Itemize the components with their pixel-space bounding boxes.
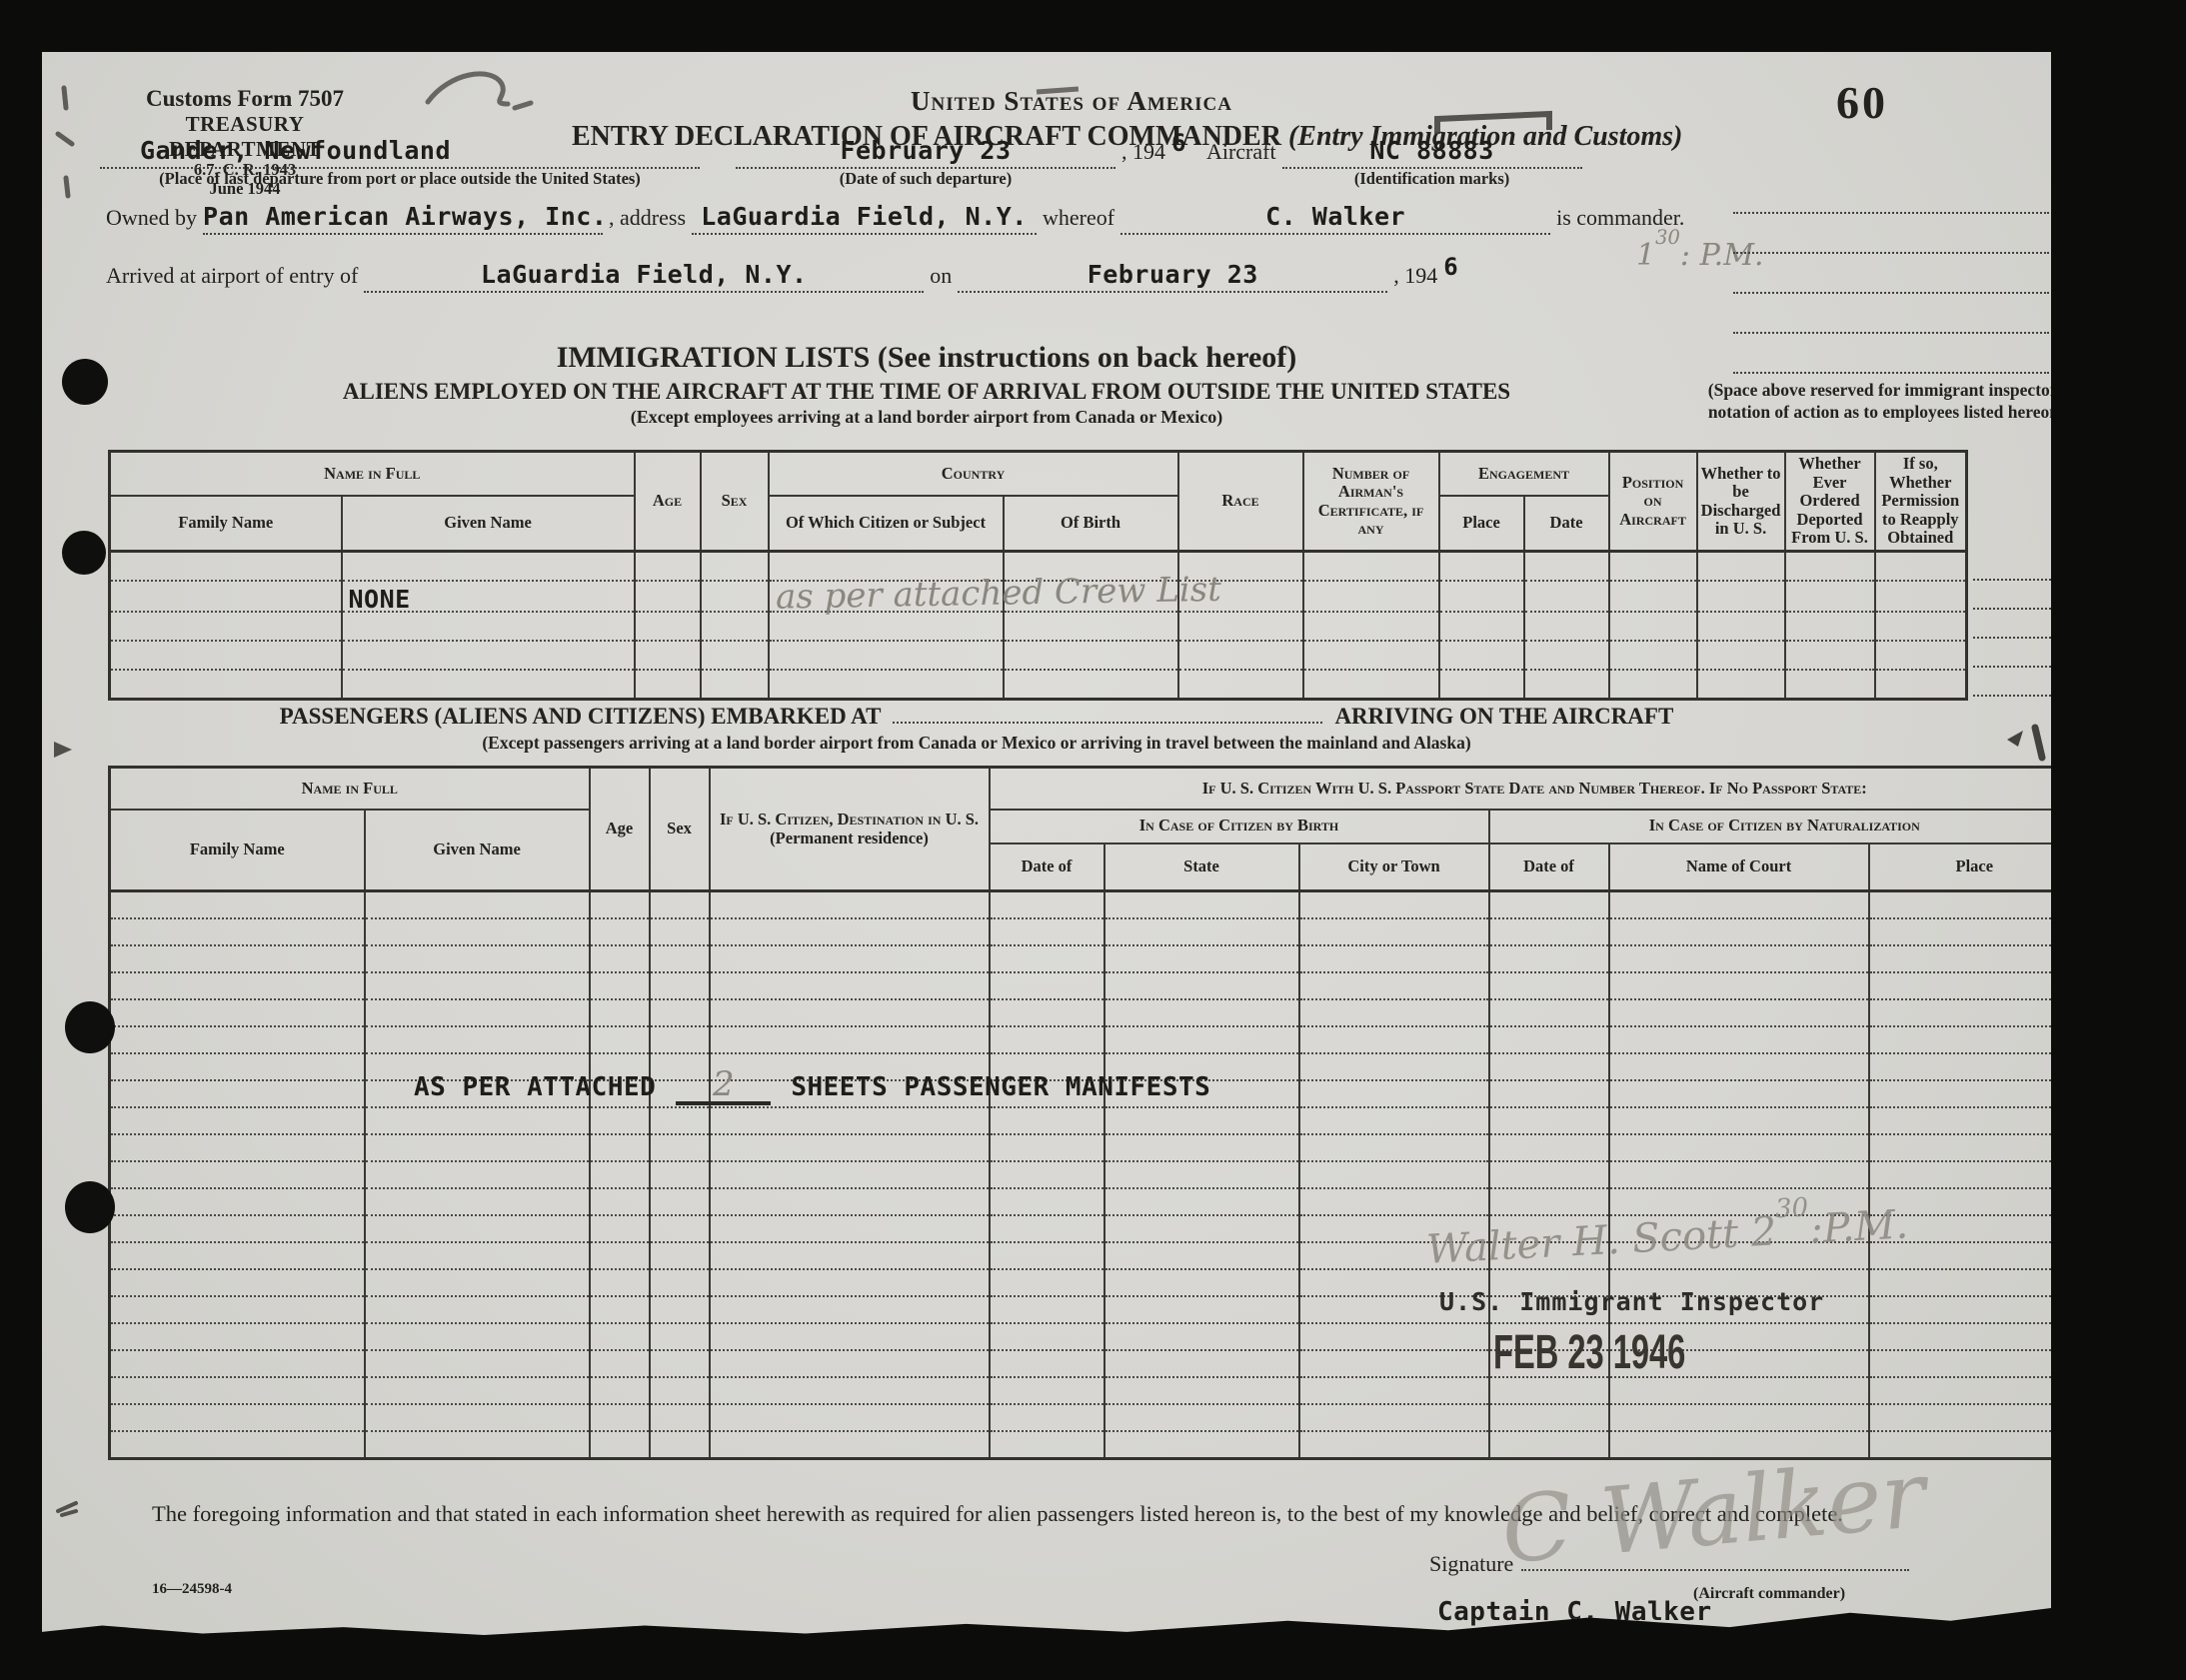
dotted-line <box>1733 332 2049 334</box>
scanned-document-page: { "colors":{"paper":"#d8d7d3","ink":"#24… <box>0 0 2186 1680</box>
table-row <box>110 1107 2081 1134</box>
aircraft-value: NC 88883 <box>1282 136 1582 167</box>
form-paper: 60 Customs Form 7507 TREASURY DEPARTMENT… <box>42 52 2051 1643</box>
col-citizen-by-birth: In Case of Citizen by Birth <box>990 810 1489 843</box>
form-row-owner: Owned by Pan American Airways, Inc. , ad… <box>100 202 1690 235</box>
passenger-table-body <box>110 891 2081 1459</box>
aliens-employed-table: Name in Full Age Sex Country Race Number… <box>108 450 1968 701</box>
pencil-mark <box>420 64 550 124</box>
owned-by-label: Owned by <box>100 205 203 231</box>
col-citizen-by-naturalization: In Case of Citizen by Naturalization <box>1489 810 2081 843</box>
col-engagement-place: Place <box>1439 496 1524 552</box>
arrival-year-digit: 6 <box>1443 253 1458 281</box>
gpo-form-number: 16—24598-4 <box>152 1581 232 1598</box>
manifest-sheet-count-handwritten: 2 <box>676 1067 771 1105</box>
col-nat-place: Place <box>1869 843 2081 891</box>
manifest-note-post: SHEETS PASSENGER MANIFESTS <box>791 1072 1210 1102</box>
dotted-line <box>1973 608 2051 610</box>
col-destination: If U. S. Citizen, Destination in U. S. (… <box>710 768 990 891</box>
owner-field: Pan American Airways, Inc. <box>203 202 603 235</box>
col-birth-city: City or Town <box>1299 843 1489 891</box>
hole-punch <box>65 1181 115 1233</box>
immigration-subtitle: ALIENS EMPLOYED ON THE AIRCRAFT AT THE T… <box>42 378 1811 406</box>
col-race: Race <box>1178 452 1303 552</box>
dotted-line <box>1733 292 2049 294</box>
immigration-exception: (Except employees arriving at a land bor… <box>42 407 1811 429</box>
on-label: on <box>924 263 958 289</box>
form-row-departure: Gander, Newfoundland (Place of last depa… <box>100 136 1582 169</box>
table-row <box>110 1350 2081 1377</box>
departure-place-field: Gander, Newfoundland (Place of last depa… <box>100 136 700 169</box>
immigration-section-heading: IMMIGRATION LISTS (See instructions on b… <box>42 340 1811 428</box>
table-row <box>110 972 2081 999</box>
col-birth-country: Of Birth <box>1004 496 1178 552</box>
col-engagement: Engagement <box>1439 452 1609 496</box>
form-id-title: Customs Form 7507 <box>130 86 360 112</box>
table-row <box>110 918 2081 945</box>
notation-line: 1 <box>1733 174 2063 214</box>
col-nat-date-of: Date of <box>1489 843 1609 891</box>
table-row <box>110 612 1967 641</box>
passengers-table: Name in Full Age Sex If U. S. Citizen, D… <box>108 766 2082 1460</box>
notation-line: 4 <box>1733 294 2063 334</box>
arrival-airport-value: LaGuardia Field, N.Y. <box>364 260 924 291</box>
arrival-year-prefix: , 194 <box>1387 263 1443 289</box>
manifest-note: AS PER ATTACHED 2 SHEETS PASSENGER MANIF… <box>414 1067 1210 1105</box>
hole-punch <box>65 1001 115 1053</box>
table-row <box>110 1134 2081 1161</box>
commander-field: C. Walker <box>1120 202 1550 235</box>
col-citizen-of: Of Which Citizen or Subject <box>769 496 1004 552</box>
arrival-date-value: February 23 <box>958 260 1387 291</box>
departure-place-value: Gander, Newfoundland <box>100 136 700 167</box>
col-age: Age <box>590 768 650 891</box>
col-sex: Sex <box>701 452 769 552</box>
table-row <box>110 641 1967 670</box>
dotted-line <box>1733 252 2049 254</box>
dotted-line <box>1733 212 2049 214</box>
dotted-line <box>893 722 1322 724</box>
notation-line: 2 <box>1733 214 2063 254</box>
aircraft-caption: (Identification marks) <box>1282 170 1582 187</box>
dotted-line <box>1973 637 2051 639</box>
table-row <box>110 1026 2081 1053</box>
inspector-time: 230:P.M. <box>1750 1202 1909 1256</box>
col-passport-group: If U. S. Citizen With U. S. Passport Sta… <box>990 768 2081 810</box>
ink-mark <box>1999 720 2053 772</box>
departure-place-caption: (Place of last departure from port or pl… <box>100 170 700 187</box>
col-reapply: If so, Whether Permission to Reapply Obt… <box>1875 452 1967 552</box>
hole-punch <box>62 359 108 405</box>
form-row-arrival: Arrived at airport of entry of LaGuardia… <box>100 260 1458 293</box>
table-row <box>110 891 2081 919</box>
col-deported: Whether Ever Ordered Deported From U. S. <box>1785 452 1875 552</box>
aircraft-field: NC 88883 (Identification marks) <box>1282 136 1582 169</box>
col-engagement-date: Date <box>1524 496 1609 552</box>
col-airman-certificate: Number of Airman's Certificate, if any <box>1303 452 1439 552</box>
col-country: Country <box>769 452 1178 496</box>
commander-value: C. Walker <box>1120 202 1550 233</box>
manifest-note-pre: AS PER ATTACHED <box>414 1072 656 1102</box>
dotted-line <box>1973 695 2051 697</box>
address-field: LaGuardia Field, N.Y. <box>692 202 1037 235</box>
col-name-in-full: Name in Full <box>110 452 635 496</box>
table-row <box>110 999 2081 1026</box>
table-row <box>110 1161 2081 1188</box>
address-value: LaGuardia Field, N.Y. <box>692 202 1037 233</box>
col-sex: Sex <box>650 768 710 891</box>
aliens-row-numbers: 1 2 3 4 5 <box>1973 552 2065 697</box>
arrival-airport-field: LaGuardia Field, N.Y. <box>364 260 924 293</box>
col-nat-court: Name of Court <box>1609 843 1869 891</box>
col-given-name: Given Name <box>365 810 590 891</box>
pencil-mark <box>1431 110 1561 140</box>
table-row <box>110 1323 2081 1350</box>
address-label: , address <box>603 205 692 231</box>
col-name-in-full: Name in Full <box>110 768 590 810</box>
col-age: Age <box>635 452 701 552</box>
passengers-exception: (Except passengers arriving at a land bo… <box>42 733 1911 754</box>
immigrant-inspector-stamp: U.S. Immigrant Inspector <box>1439 1287 1824 1316</box>
notation-line: 3 <box>1733 254 2063 294</box>
pencil-mark <box>54 1491 84 1521</box>
owner-value: Pan American Airways, Inc. <box>203 202 603 233</box>
passengers-title-right: ARRIVING ON THE AIRCRAFT <box>1334 704 1673 730</box>
departure-date-value: February 23 <box>736 136 1115 167</box>
year-prefix-label: , 194 <box>1115 139 1171 165</box>
space-reserved-note: (Space above reserved for immigrant insp… <box>1701 380 2076 424</box>
signature-caption: (Aircraft commander) <box>1693 1585 1845 1603</box>
dotted-line <box>1973 579 2051 581</box>
departure-date-caption: (Date of such departure) <box>736 170 1115 187</box>
table-row <box>110 945 2081 972</box>
departure-date-field: February 23 (Date of such departure) <box>736 136 1115 169</box>
pencil-mark <box>50 738 76 762</box>
none-entry: NONE <box>349 585 411 614</box>
passengers-title-left: PASSENGERS (ALIENS AND CITIZENS) EMBARKE… <box>280 704 882 730</box>
table-row <box>110 670 1967 700</box>
signature-typed-name: Captain C. Walker <box>1437 1597 1712 1627</box>
col-family-name: Family Name <box>110 810 365 891</box>
table-row-none-entry: NONE as per attached Crew List <box>110 581 1967 612</box>
arrived-label: Arrived at airport of entry of <box>100 263 364 289</box>
page-number-stamp: 60 <box>1836 76 1888 129</box>
dotted-line <box>1973 666 2051 668</box>
arrival-date-field: February 23 <box>958 260 1387 293</box>
hole-punch <box>62 531 106 575</box>
col-family-name: Family Name <box>110 496 342 552</box>
col-position: Position on Aircraft <box>1609 452 1697 552</box>
date-received-stamp: FEB 23 1946 <box>1493 1325 1685 1380</box>
pencil-mark <box>50 80 80 220</box>
signature-label: Signature <box>1429 1551 1513 1577</box>
whereof-label: whereof <box>1037 205 1120 231</box>
col-discharged: Whether to be Discharged in U. S. <box>1697 452 1785 552</box>
aliens-table-body: NONE as per attached Crew List <box>110 552 1967 700</box>
passengers-section-heading: PASSENGERS (ALIENS AND CITIZENS) EMBARKE… <box>42 704 1911 754</box>
year-digit-typed: 6 <box>1171 129 1186 157</box>
aircraft-label: Aircraft <box>1200 139 1282 165</box>
table-row <box>110 1404 2081 1431</box>
immigration-title: IMMIGRATION LISTS (See instructions on b… <box>42 340 1811 376</box>
col-birth-state: State <box>1104 843 1299 891</box>
table-row <box>110 1377 2081 1404</box>
col-birth-date-of: Date of <box>990 843 1104 891</box>
col-given-name: Given Name <box>342 496 635 552</box>
